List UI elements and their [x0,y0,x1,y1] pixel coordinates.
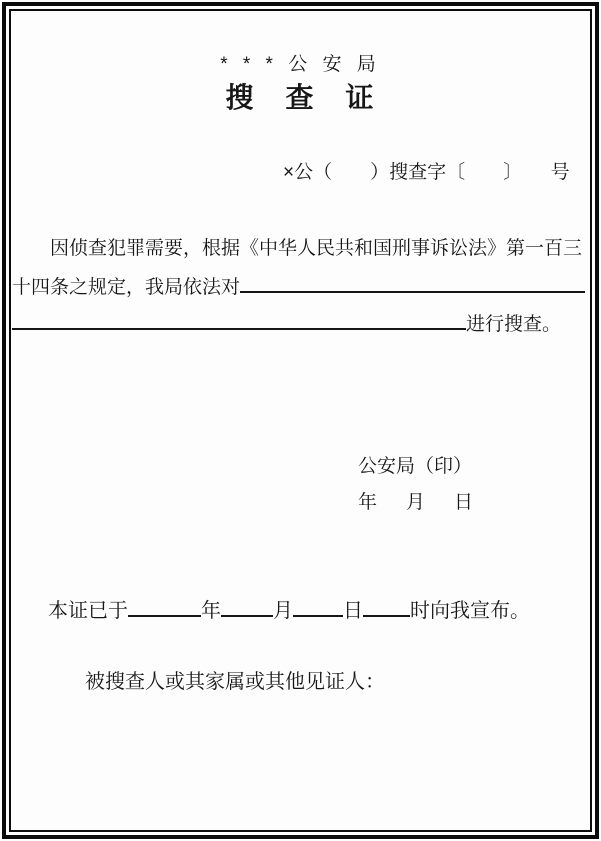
doc-number-line: ×公（ ）搜查字〔 〕 号 [283,161,570,184]
document-title: 搜 查 证 [0,82,601,113]
announcement-line: 本证已于年月日时向我宣布。 [48,599,530,623]
body-text-line2: 十四条之规定，我局依法对 [12,276,585,300]
signature-date-line: 年 月 日 [358,491,473,514]
announce-year-label: 年 [201,600,221,622]
announce-hour-blank[interactable] [363,615,410,617]
announce-month-blank[interactable] [221,615,273,617]
search-target-blank-line2[interactable] [12,328,466,330]
date-day-label: 日 [454,491,473,514]
date-month-label: 月 [406,491,425,514]
announce-suffix: 时向我宣布。 [410,600,530,622]
date-year-label: 年 [358,491,377,514]
search-target-blank-line1[interactable] [240,291,585,293]
body-line2-text: 十四条之规定，我局依法对 [12,277,240,298]
announce-day-blank[interactable] [293,615,343,617]
seal-line: 公安局（印） [358,455,472,478]
document-outer-border [2,2,599,839]
agency-header: * * * 公 安 局 [0,55,601,75]
announce-prefix: 本证已于 [48,600,128,622]
document-inner-border [9,9,592,832]
body-line3-text: 进行搜查。 [466,314,561,335]
witness-line: 被搜查人或其家属或其他见证人： [85,670,385,694]
body-text-line3: 进行搜查。 [12,313,561,337]
body-text-line1: 因侦查犯罪需要，根据《中华人民共和国刑事诉讼法》第一百三 [50,237,582,261]
announce-year-blank[interactable] [128,615,201,617]
announce-month-label: 月 [273,600,293,622]
announce-day-label: 日 [343,600,363,622]
